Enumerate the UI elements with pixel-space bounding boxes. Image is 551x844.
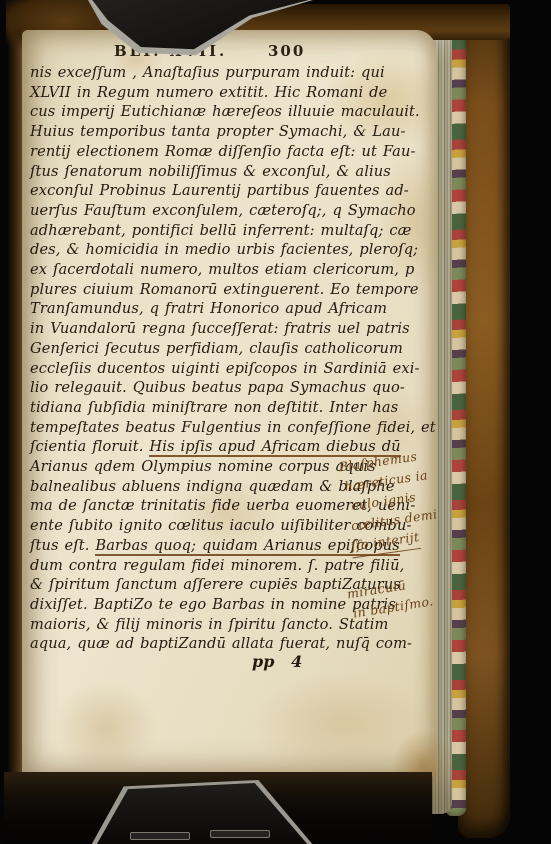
text-line: adhærebant, pontifici bellū inferrent: m…: [30, 221, 378, 241]
clamp-slot: [210, 830, 270, 838]
text-line: Genſerici ſecutus perfidiam, clauſis cat…: [30, 339, 378, 359]
text-line: exconſul Probinus Laurentij partibus fau…: [30, 181, 378, 201]
text-line: dixiſſet. BaptiZo te ego Barbas in nomin…: [30, 595, 378, 615]
book-photograph: BLI. XVII. 300 nis exceſſum , Anaſtaſius…: [0, 0, 551, 844]
text-line: des, & homicidia in medio urbis faciente…: [30, 240, 378, 260]
text-line: eccleſiis ducentos uiginti epiſcopos in …: [30, 359, 378, 379]
text-line: plures ciuium Romanorū extinguerent. Eo …: [30, 280, 378, 300]
text-line: aqua, quæ ad baptiZandū allata fuerat, n…: [30, 634, 378, 654]
running-header: BLI. XVII. 300: [22, 42, 436, 64]
body-text: nis exceſſum , Anaſtaſius purpuram indui…: [30, 63, 378, 654]
text-line: in Vuandalorū regna ſucceſſerat: fratris…: [30, 319, 378, 339]
text-line: tidiana ſubſidia miniſtrare non deſtitit…: [30, 398, 378, 418]
text-line: nis exceſſum , Anaſtaſius purpuram indui…: [30, 63, 378, 83]
text-line: tempeſtates beatus Fulgentius in confeſſ…: [30, 418, 378, 438]
text-line: ma de ſanctæ trinitatis fide uerba euome…: [30, 496, 378, 516]
text-line: lio relegauit. Quibus beatus papa Symach…: [30, 378, 378, 398]
text-line: uerſus Fauſtum exconſulem, cæteroſq;, q …: [30, 201, 378, 221]
text-line: cus imperij Eutichianæ hæreſeos illuuie …: [30, 102, 378, 122]
text-line: Tranſamundus, q fratri Honorico apud Afr…: [30, 299, 378, 319]
text-line: Arianus qdem Olympius nomine corpus aqui…: [30, 457, 378, 477]
margin-note-blasphemus: Blaſphemushæreticus iaculo igniscœlitus …: [338, 439, 481, 558]
text-line: ſtus eſt. Barbas quoq; quidam Arianus ep…: [30, 536, 378, 556]
signature-mark: pp 4: [252, 652, 302, 671]
text-line: maioris, & filij minoris in ſpiritu ſanc…: [30, 615, 378, 635]
clamp-slot: [130, 832, 190, 840]
page-number: 300: [268, 42, 305, 60]
text-line: Huius temporibus tanta propter Symachi, …: [30, 122, 378, 142]
text-line: XLVII in Regum numero extitit. Hic Roman…: [30, 83, 378, 103]
text-line: ſtus ſenatorum nobiliſſimus & exconſul, …: [30, 162, 378, 182]
text-line: ex ſacerdotali numero, multos etiam cler…: [30, 260, 378, 280]
text-line: & ſpiritum ſanctum aſſerere cupiēs bapti…: [30, 575, 378, 595]
page-stain: [250, 672, 430, 774]
text-line: rentij electionem Romæ diſſenſio facta e…: [30, 142, 378, 162]
text-line: dum contra regulam fidei minorem. ſ. pat…: [30, 556, 378, 576]
text-line: ſcientia floruit. His ipſis apud Africam…: [30, 437, 378, 457]
text-line: balnealibus abluens indigna quædam & bla…: [30, 477, 378, 497]
page-stain: [54, 682, 158, 774]
book-page: BLI. XVII. 300 nis exceſſum , Anaſtaſius…: [22, 30, 436, 778]
text-line: ente ſubito ignito cœlitus iaculo uiſibi…: [30, 516, 378, 536]
